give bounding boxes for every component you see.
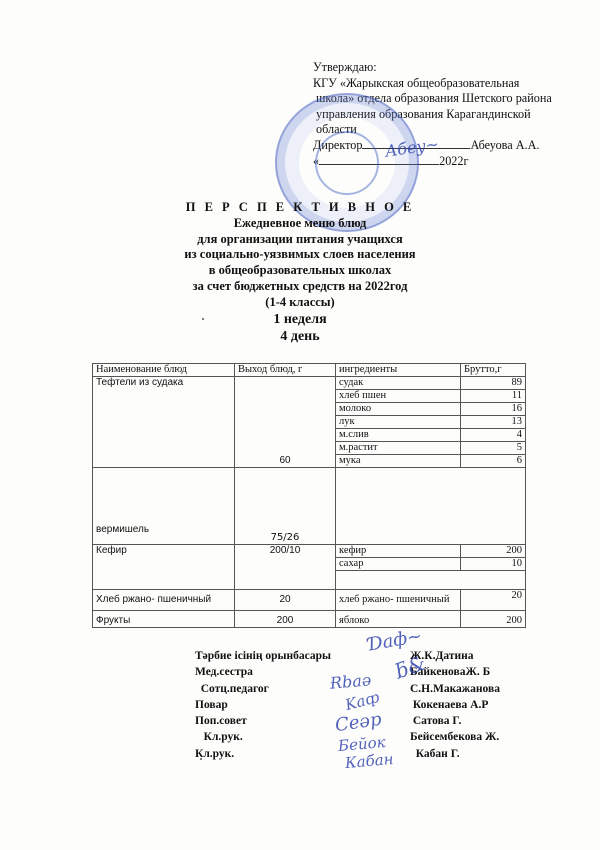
ingredient-name: хлеб пшен [336,390,461,403]
signer-name: БайкеноваЖ. Б [410,664,525,680]
date-blank [319,164,439,165]
title-line: для организации питания учащихся [100,232,500,248]
signer-row: Мед.сестраБайкеноваЖ. Б [195,664,525,680]
dish-yield: 200/10 [235,545,336,590]
approval-line: КГУ «Жарыкская общеобразовательная [313,76,598,92]
director-label: Директор [313,138,362,152]
signer-name: Сатова Г. [410,713,525,729]
title-line: Ежедневное меню блюд [100,216,500,232]
table-header-row: Наименование блюд Выход блюд, г ингредие… [93,364,526,377]
dish-name: Фрукты [93,611,235,628]
signer-role: Кл.рук. [195,729,345,745]
header-gross: Брутто,г [461,364,526,377]
dish-yield: 200 [235,611,336,628]
header-dish: Наименование блюд [93,364,235,377]
signer-role: Поп.совет [195,713,345,729]
signer-row: Тәрбие ісінің орынбасарыЖ.К.Датина [195,648,525,664]
signers-block: Тәрбие ісінің орынбасарыЖ.К.Датина Мед.с… [195,648,525,762]
ingredient-gross: 20 [461,590,526,611]
approval-line: Утверждаю: [313,60,598,76]
ingredient-gross: 89 [461,377,526,390]
date-year: 2022г [439,154,468,168]
table-row: вермишель 75/26 [93,468,526,545]
title-line: из социально-уязвимых слоев населения [100,247,500,263]
signer-role: Тәрбие ісінің орынбасары [195,648,345,664]
ingredient-name: молоко [336,403,461,416]
title-line: (1-4 классы) [100,295,500,311]
signer-row: Кл.рук.Бейсембекова Ж. [195,729,525,745]
empty-ingredients-cell [336,571,526,590]
dish-name: Тефтели из судака [93,377,235,468]
ingredient-name: хлеб ржано- пшеничный [336,590,461,611]
signer-row: Кл.рук. Кабан Г. [195,746,525,762]
ingredient-gross: 6 [461,455,526,468]
director-line: ДиректорАбеуова А.А. [313,138,598,154]
table-row: Хлеб ржано- пшеничный 20 хлеб ржано- пше… [93,590,526,611]
approval-line: управления образования Карагандинской [313,107,598,123]
day-label: 4 день [100,328,500,345]
ingredient-gross: 11 [461,390,526,403]
ingredient-name: сахар [336,558,461,571]
ingredient-name: м.растит [336,442,461,455]
ingredient-name: яблоко [336,611,461,628]
signer-row: Сотц.педагогС.Н.Макажанова [195,681,525,697]
signature-blank [362,148,470,149]
ingredient-gross: 10 [461,558,526,571]
signer-row: Повар Кокенаева А.Р [195,697,525,713]
ingredient-name: м.слив [336,429,461,442]
title-line: за счет бюджетных средств на 2022год [100,279,500,295]
header-yield: Выход блюд, г [235,364,336,377]
table-row: Кефир 200/10 кефир 200 [93,545,526,558]
ingredient-gross: 16 [461,403,526,416]
signer-name: Ж.К.Датина [410,648,525,664]
dish-name: вермишель [93,468,235,545]
signer-row: Поп.совет Сатова Г. [195,713,525,729]
ingredient-name: кефир [336,545,461,558]
signer-name: С.Н.Макажанова [410,681,525,697]
ingredient-name: лук [336,416,461,429]
ingredient-gross: 200 [461,545,526,558]
director-name: Абеуова А.А. [470,138,539,152]
ingredient-name: мука [336,455,461,468]
ingredient-gross: 4 [461,429,526,442]
signer-name: Кабан Г. [410,746,525,762]
signer-name: Бейсембекова Ж. [410,729,525,745]
week-label: 1 неделя [100,311,500,328]
table-row: Фрукты 200 яблоко 200 [93,611,526,628]
date-line: «2022г [313,154,598,170]
signer-role: Повар [195,697,345,713]
ingredient-name: судак [336,377,461,390]
dish-name: Хлеб ржано- пшеничный [93,590,235,611]
signer-role: Кл.рук. [195,746,345,762]
header-ingredients: ингредиенты [336,364,461,377]
approval-line: области [313,122,598,138]
approval-block: Утверждаю: КГУ «Жарыкская общеобразовате… [313,60,598,169]
date-prefix: « [313,154,319,168]
menu-table: Наименование блюд Выход блюд, г ингредие… [92,363,526,628]
ingredient-gross: 5 [461,442,526,455]
signer-role: Сотц.педагог [195,681,345,697]
dish-yield: 20 [235,590,336,611]
table-row: Тефтели из судака 60 судак 89 [93,377,526,390]
dish-yield: 60 [235,377,336,468]
dish-name: Кефир [93,545,235,590]
document-title: П Е Р С П Е К Т И В Н О Е Ежедневное мен… [100,200,500,345]
signer-role: Мед.сестра [195,664,345,680]
approval-line: школа» отдела образования Шетского район… [313,91,598,107]
title-heading: П Е Р С П Е К Т И В Н О Е [100,200,500,216]
signer-name: Кокенаева А.Р [410,697,525,713]
empty-ingredients-cell [336,468,526,545]
title-line: в общеобразовательных школах [100,263,500,279]
ingredient-gross: 200 [461,611,526,628]
scan-speck [202,318,204,320]
scan-speck [200,758,202,760]
dish-yield: 75/26 [235,468,336,545]
ingredient-gross: 13 [461,416,526,429]
